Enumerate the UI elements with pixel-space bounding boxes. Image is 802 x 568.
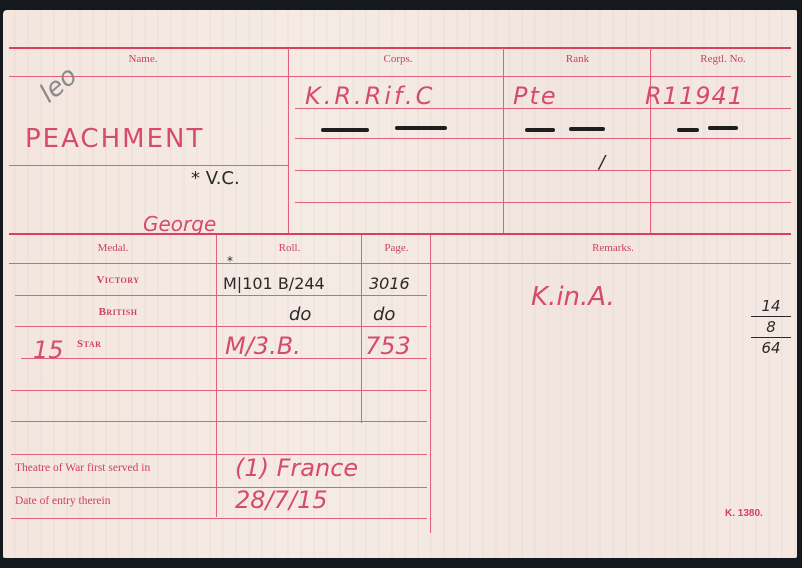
divider-medal-roll [216, 235, 217, 517]
theatre-label: Theatre of War first served in [15, 462, 215, 474]
row-rule-4 [11, 390, 427, 391]
remarks-date: 14 8 64 [751, 296, 791, 358]
regt-no-value: R11941 [645, 82, 744, 110]
row-rule-7 [11, 487, 427, 488]
remarks-date-day: 14 [751, 296, 791, 317]
divider-corps-rank [503, 48, 504, 234]
corps-ditto-dash-2 [395, 126, 447, 130]
pencil-note: leo [34, 61, 83, 109]
theatre-value: (1) France [235, 454, 358, 482]
row-rule-5 [11, 421, 427, 422]
star-prefix-15: 15 [33, 336, 64, 364]
victory-roll: M|101 B/244 [223, 274, 325, 293]
medal-victory-label: Victory [43, 274, 193, 286]
header-underline [9, 76, 791, 77]
remarks-date-year: 64 [751, 338, 791, 358]
corps-value: K.R.Rif.C [305, 82, 435, 110]
header-regt-label: Regtl. No. [653, 53, 793, 65]
rank-tick-mark: / [599, 152, 605, 173]
british-roll: do [289, 304, 311, 325]
british-page: do [373, 304, 395, 325]
middle-rule [9, 233, 791, 235]
roll-header: Roll. [218, 242, 361, 254]
rank-value: Pte [513, 82, 558, 110]
regt-ditto-dash-1 [677, 128, 699, 132]
form-number: K. 1380. [725, 508, 763, 519]
medal-header: Medal. [43, 242, 183, 254]
remarks-header: Remarks. [433, 242, 793, 254]
date-entry-label: Date of entry therein [15, 495, 215, 507]
medal-index-card: Name. Corps. Rank Regtl. No. leo PEACHME… [3, 10, 797, 558]
top-rule [9, 47, 791, 49]
medal-british-label: British [43, 306, 193, 318]
rank-ditto-dash-1 [525, 128, 555, 132]
upper-rule-4 [295, 202, 791, 203]
corps-ditto-dash-1 [321, 128, 369, 132]
victory-page: 3016 [369, 274, 410, 293]
honour-vc: * V.C. [191, 168, 240, 189]
roll-annotation: * [227, 254, 233, 268]
name-rule [9, 165, 288, 166]
remarks-kia: K.in.A. [531, 282, 615, 312]
header-name-label: Name. [63, 53, 223, 65]
divider-page-remarks [430, 235, 431, 533]
date-entry-value: 28/7/15 [235, 486, 328, 514]
regt-ditto-dash-2 [708, 126, 738, 130]
medal-star-label: Star [77, 338, 117, 350]
row-rule-1 [15, 295, 427, 296]
remarks-date-month: 8 [751, 317, 791, 338]
star-roll: M/3.B. [225, 332, 301, 360]
header-corps-label: Corps. [293, 53, 503, 65]
rank-ditto-dash-2 [569, 127, 605, 131]
divider-name-corps [288, 48, 289, 234]
divider-rank-regt [650, 48, 651, 234]
upper-rule-3 [295, 170, 791, 171]
row-rule-8 [11, 518, 427, 519]
star-page: 753 [365, 332, 411, 360]
row-rule-2 [15, 326, 427, 327]
lower-header-underline [9, 263, 791, 264]
row-rule-6 [11, 454, 427, 455]
surname: PEACHMENT [25, 124, 204, 154]
page-header: Page. [363, 242, 430, 254]
upper-rule-2 [295, 138, 791, 139]
header-rank-label: Rank [505, 53, 650, 65]
